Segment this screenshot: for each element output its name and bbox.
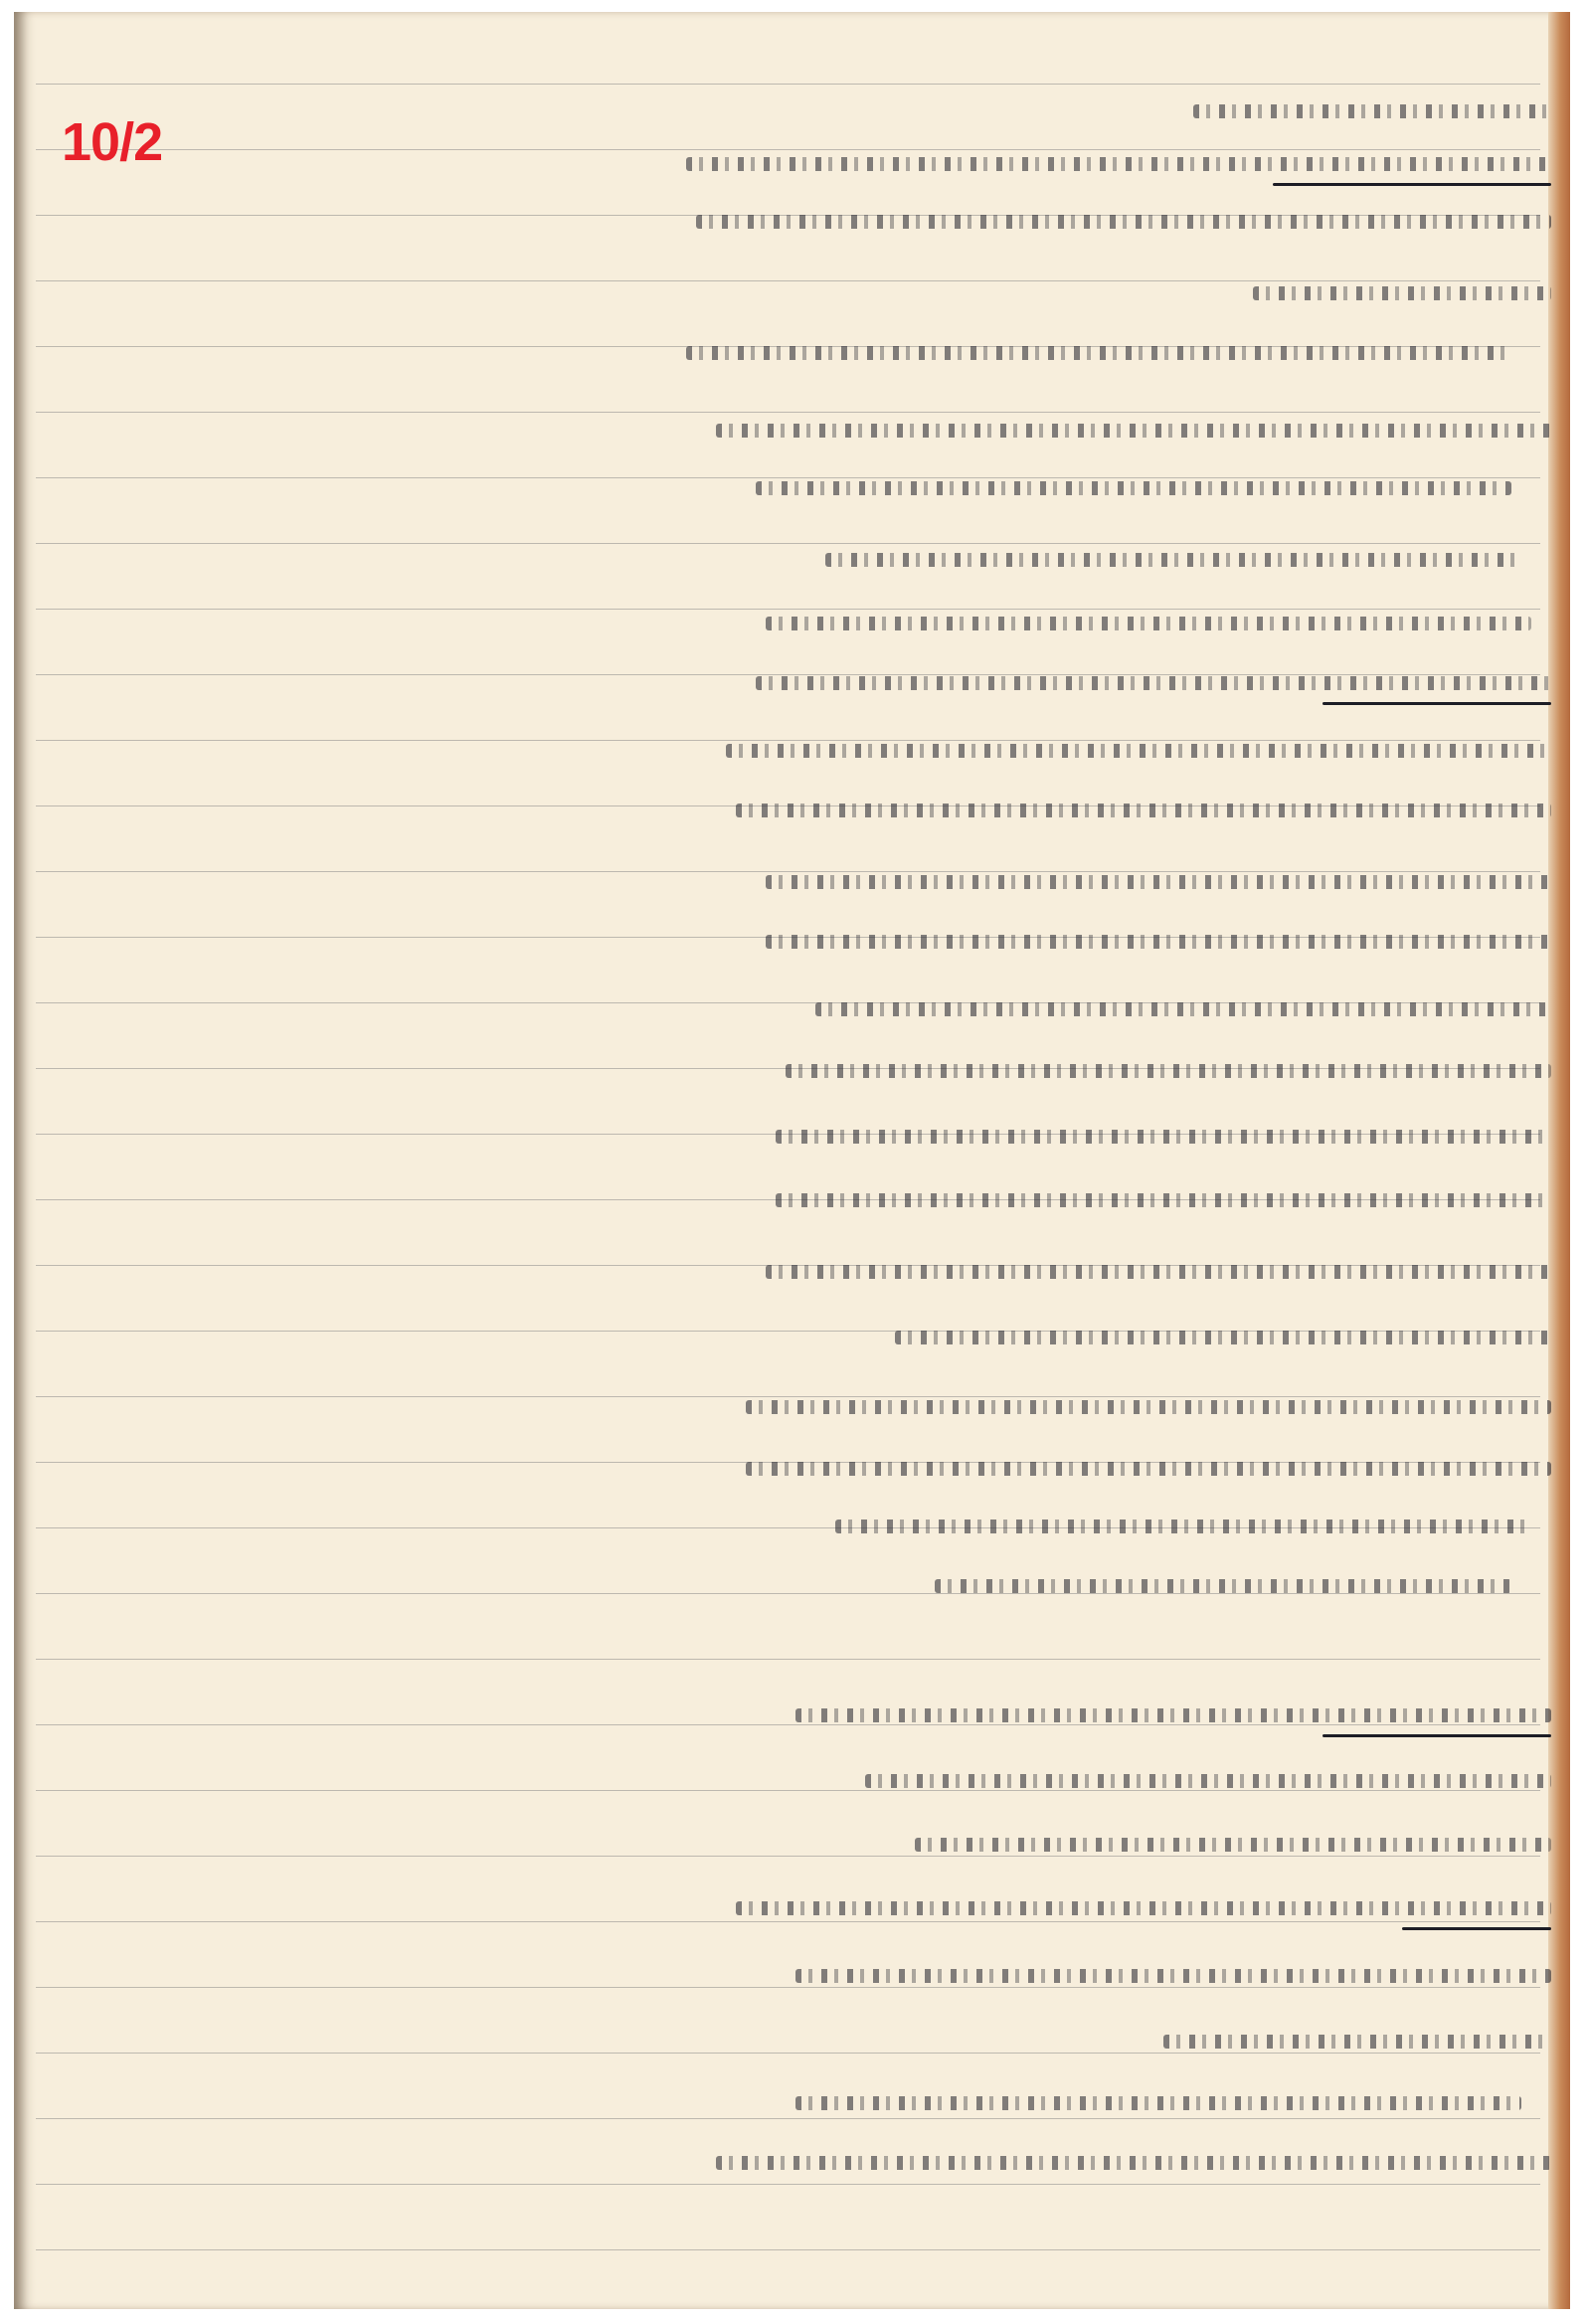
speaker-name-underline: [1402, 1927, 1551, 1930]
handwritten-line: [726, 736, 1551, 766]
handwritten-line: [795, 2088, 1521, 2118]
handwriting-placeholder: [1193, 104, 1551, 118]
speaker-heading-line: [756, 668, 1551, 698]
handwriting-placeholder: [736, 804, 1551, 817]
handwritten-line: [696, 207, 1551, 237]
handwriting-placeholder: [1253, 286, 1551, 300]
handwritten-line: [1253, 278, 1551, 308]
handwriting-placeholder: [865, 1774, 1551, 1788]
handwritten-line: [835, 1512, 1531, 1541]
handwritten-line: [776, 1185, 1551, 1215]
speaker-heading-line: [795, 1700, 1551, 1730]
handwriting-placeholder: [825, 553, 1521, 567]
handwritten-line: [786, 1056, 1551, 1086]
handwriting-placeholder: [786, 1064, 1551, 1078]
ruled-line: [36, 412, 1540, 413]
handwriting-placeholder: [766, 935, 1551, 949]
speaker-name-underline: [1273, 183, 1551, 186]
handwriting-placeholder: [756, 481, 1511, 495]
handwriting-placeholder: [915, 1838, 1551, 1852]
handwriting-placeholder: [746, 1400, 1551, 1414]
speaker-name-underline: [1323, 1734, 1551, 1737]
handwriting-placeholder: [686, 157, 1551, 171]
notebook-page: 10/2: [14, 12, 1570, 2309]
page-binding-edge: [1548, 12, 1570, 2309]
handwriting-placeholder: [776, 1130, 1551, 1144]
handwritten-line: [935, 1571, 1511, 1601]
handwritten-line: [736, 796, 1551, 825]
handwriting-placeholder: [776, 1193, 1551, 1207]
handwritten-line: [865, 1766, 1551, 1796]
handwriting-placeholder: [716, 2156, 1551, 2170]
handwritten-line: [716, 2148, 1551, 2178]
handwriting-placeholder: [716, 424, 1551, 438]
ruled-line: [36, 2249, 1540, 2250]
page-label: 10/2: [62, 111, 162, 173]
handwritten-line: [776, 1122, 1551, 1152]
handwritten-line: [746, 1392, 1551, 1422]
ruled-line: [36, 2184, 1540, 2185]
ruled-line: [36, 2118, 1540, 2119]
handwritten-line: [766, 1257, 1551, 1287]
handwriting-placeholder: [766, 1265, 1551, 1279]
handwritten-line: [746, 1454, 1551, 1484]
handwriting-placeholder: [935, 1579, 1511, 1593]
handwritten-line: [716, 416, 1551, 446]
handwriting-placeholder: [696, 215, 1551, 229]
handwriting-placeholder: [795, 1708, 1551, 1722]
handwriting-placeholder: [736, 1901, 1551, 1915]
handwritten-line: [915, 1830, 1551, 1860]
handwriting-placeholder: [895, 1331, 1551, 1344]
handwriting-placeholder: [756, 676, 1551, 690]
handwriting-placeholder: [746, 1462, 1551, 1476]
handwriting-placeholder: [835, 1520, 1531, 1533]
handwritten-line: [1163, 2027, 1551, 2056]
speaker-heading-line: [736, 1893, 1551, 1923]
handwritten-line: [686, 338, 1511, 368]
handwritten-line: [825, 545, 1521, 575]
speaker-name-underline: [1323, 702, 1551, 705]
handwriting-placeholder: [726, 744, 1551, 758]
handwritten-line: [795, 1961, 1551, 1991]
handwritten-line: [766, 927, 1551, 957]
handwritten-line: [756, 473, 1511, 503]
handwriting-placeholder: [766, 875, 1551, 889]
speaker-heading-line: [686, 149, 1551, 179]
handwritten-line: [895, 1323, 1551, 1352]
handwriting-placeholder: [795, 1969, 1551, 1983]
handwriting-placeholder: [815, 1002, 1551, 1016]
handwritten-line: [766, 609, 1531, 638]
handwriting-placeholder: [686, 346, 1511, 360]
handwritten-line: [766, 867, 1551, 897]
ruled-line: [36, 84, 1540, 85]
handwritten-line: [1193, 96, 1551, 126]
handwriting-placeholder: [1163, 2035, 1551, 2049]
ruled-line: [36, 1659, 1540, 1660]
ruled-line: [36, 543, 1540, 544]
handwritten-line: [815, 994, 1551, 1024]
handwriting-placeholder: [766, 617, 1531, 630]
handwriting-placeholder: [795, 2096, 1521, 2110]
